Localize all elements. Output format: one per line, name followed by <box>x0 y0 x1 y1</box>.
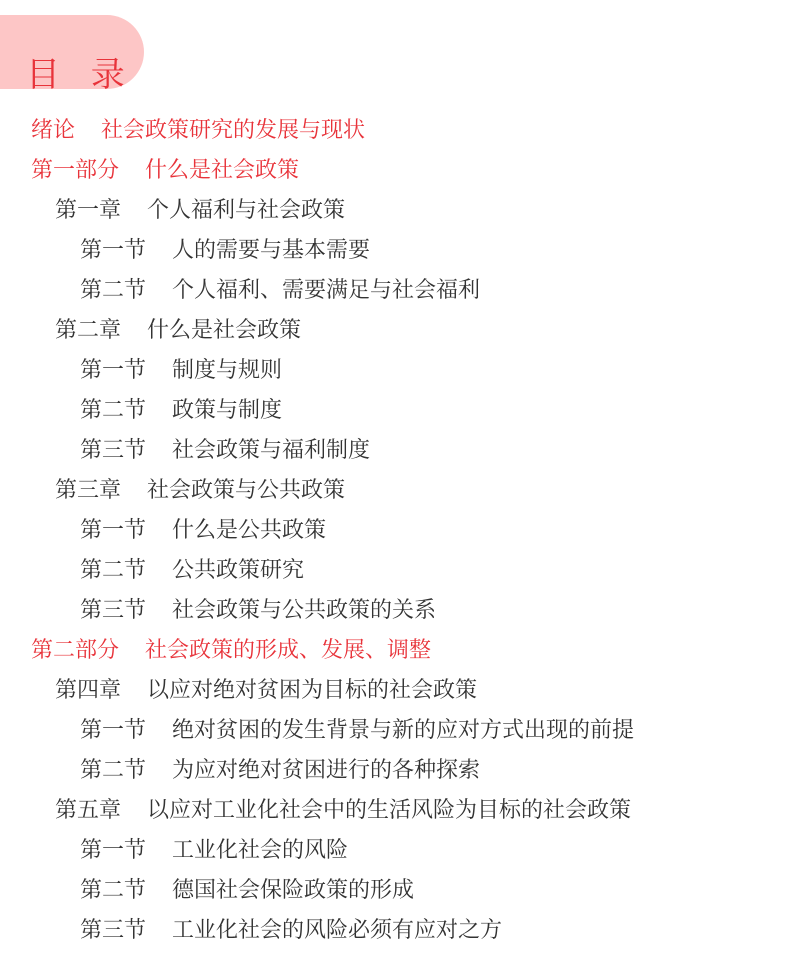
toc-item-title: 公共政策研究 <box>172 558 304 583</box>
toc-item-number: 第二节 <box>80 391 146 431</box>
toc-item-number: 第三节 <box>80 591 146 631</box>
toc-item-number: 第二节 <box>80 271 146 311</box>
toc-item-section[interactable]: 第二节为应对绝对贫困进行的各种探索 <box>0 751 790 791</box>
toc-item-number: 第一节 <box>80 231 146 271</box>
toc-item-title: 社会政策与福利制度 <box>172 438 370 463</box>
toc-item-title: 个人福利、需要满足与社会福利 <box>172 278 480 303</box>
toc-item-number: 第三节 <box>80 911 146 951</box>
toc-item-title: 工业化社会的风险 <box>172 838 348 863</box>
toc-item-title: 社会政策与公共政策 <box>147 478 345 503</box>
toc-item-title: 什么是社会政策 <box>145 158 299 183</box>
toc-item-number: 第三节 <box>80 431 146 471</box>
toc-item-number: 第二节 <box>80 871 146 911</box>
toc-item-section[interactable]: 第三节工业化社会的风险必须有应对之方 <box>0 911 790 951</box>
toc-item-chapter[interactable]: 第五章以应对工业化社会中的生活风险为目标的社会政策 <box>0 791 790 831</box>
toc-item-section[interactable]: 第一节人的需要与基本需要 <box>0 231 790 271</box>
toc-item-number: 第一章 <box>55 191 121 231</box>
toc-item-title: 工业化社会的风险必须有应对之方 <box>172 918 502 943</box>
toc-item-section[interactable]: 第二节德国社会保险政策的形成 <box>0 871 790 911</box>
toc-item-title: 社会政策与公共政策的关系 <box>172 598 436 623</box>
toc-item-title: 政策与制度 <box>172 398 282 423</box>
toc-item-title: 社会政策研究的发展与现状 <box>101 118 365 143</box>
toc-item-chapter[interactable]: 第四章以应对绝对贫困为目标的社会政策 <box>0 671 790 711</box>
toc-item-title: 社会政策的形成、发展、调整 <box>145 638 431 663</box>
toc-item-number: 第一部分 <box>31 151 119 191</box>
toc-item-number: 第二部分 <box>31 631 119 671</box>
toc-item-number: 第二节 <box>80 751 146 791</box>
table-of-contents: 绪论社会政策研究的发展与现状 第一部分什么是社会政策 第一章个人福利与社会政策 … <box>0 111 790 951</box>
toc-item-number: 第一节 <box>80 711 146 751</box>
toc-item-title: 德国社会保险政策的形成 <box>172 878 414 903</box>
toc-item-number: 第一节 <box>80 351 146 391</box>
toc-item-title: 制度与规则 <box>172 358 282 383</box>
toc-item-section[interactable]: 第一节绝对贫困的发生背景与新的应对方式出现的前提 <box>0 711 790 751</box>
toc-item-section[interactable]: 第三节社会政策与公共政策的关系 <box>0 591 790 631</box>
toc-item-number: 第一节 <box>80 831 146 871</box>
toc-item-part[interactable]: 绪论社会政策研究的发展与现状 <box>0 111 790 151</box>
toc-item-section[interactable]: 第二节公共政策研究 <box>0 551 790 591</box>
toc-item-section[interactable]: 第一节什么是公共政策 <box>0 511 790 551</box>
toc-item-number: 第四章 <box>55 671 121 711</box>
toc-item-title: 为应对绝对贫困进行的各种探索 <box>172 758 480 783</box>
toc-item-part[interactable]: 第一部分什么是社会政策 <box>0 151 790 191</box>
toc-item-title: 绝对贫困的发生背景与新的应对方式出现的前提 <box>172 718 634 743</box>
toc-item-number: 绪论 <box>31 111 75 151</box>
toc-item-section[interactable]: 第一节工业化社会的风险 <box>0 831 790 871</box>
toc-item-number: 第一节 <box>80 511 146 551</box>
toc-item-title: 人的需要与基本需要 <box>172 238 370 263</box>
toc-item-section[interactable]: 第三节社会政策与福利制度 <box>0 431 790 471</box>
toc-item-title: 以应对绝对贫困为目标的社会政策 <box>147 678 477 703</box>
toc-item-title: 什么是公共政策 <box>172 518 326 543</box>
toc-item-title: 以应对工业化社会中的生活风险为目标的社会政策 <box>147 798 631 823</box>
toc-item-number: 第二节 <box>80 551 146 591</box>
toc-item-section[interactable]: 第一节制度与规则 <box>0 351 790 391</box>
toc-item-chapter[interactable]: 第三章社会政策与公共政策 <box>0 471 790 511</box>
toc-item-number: 第二章 <box>55 311 121 351</box>
toc-item-number: 第三章 <box>55 471 121 511</box>
toc-item-number: 第五章 <box>55 791 121 831</box>
toc-item-section[interactable]: 第二节个人福利、需要满足与社会福利 <box>0 271 790 311</box>
toc-item-chapter[interactable]: 第二章什么是社会政策 <box>0 311 790 351</box>
toc-item-title: 个人福利与社会政策 <box>147 198 345 223</box>
toc-item-title: 什么是社会政策 <box>147 318 301 343</box>
page-title: 目 录 <box>26 38 135 112</box>
toc-item-part[interactable]: 第二部分社会政策的形成、发展、调整 <box>0 631 790 671</box>
toc-item-section[interactable]: 第二节政策与制度 <box>0 391 790 431</box>
toc-item-chapter[interactable]: 第一章个人福利与社会政策 <box>0 191 790 231</box>
